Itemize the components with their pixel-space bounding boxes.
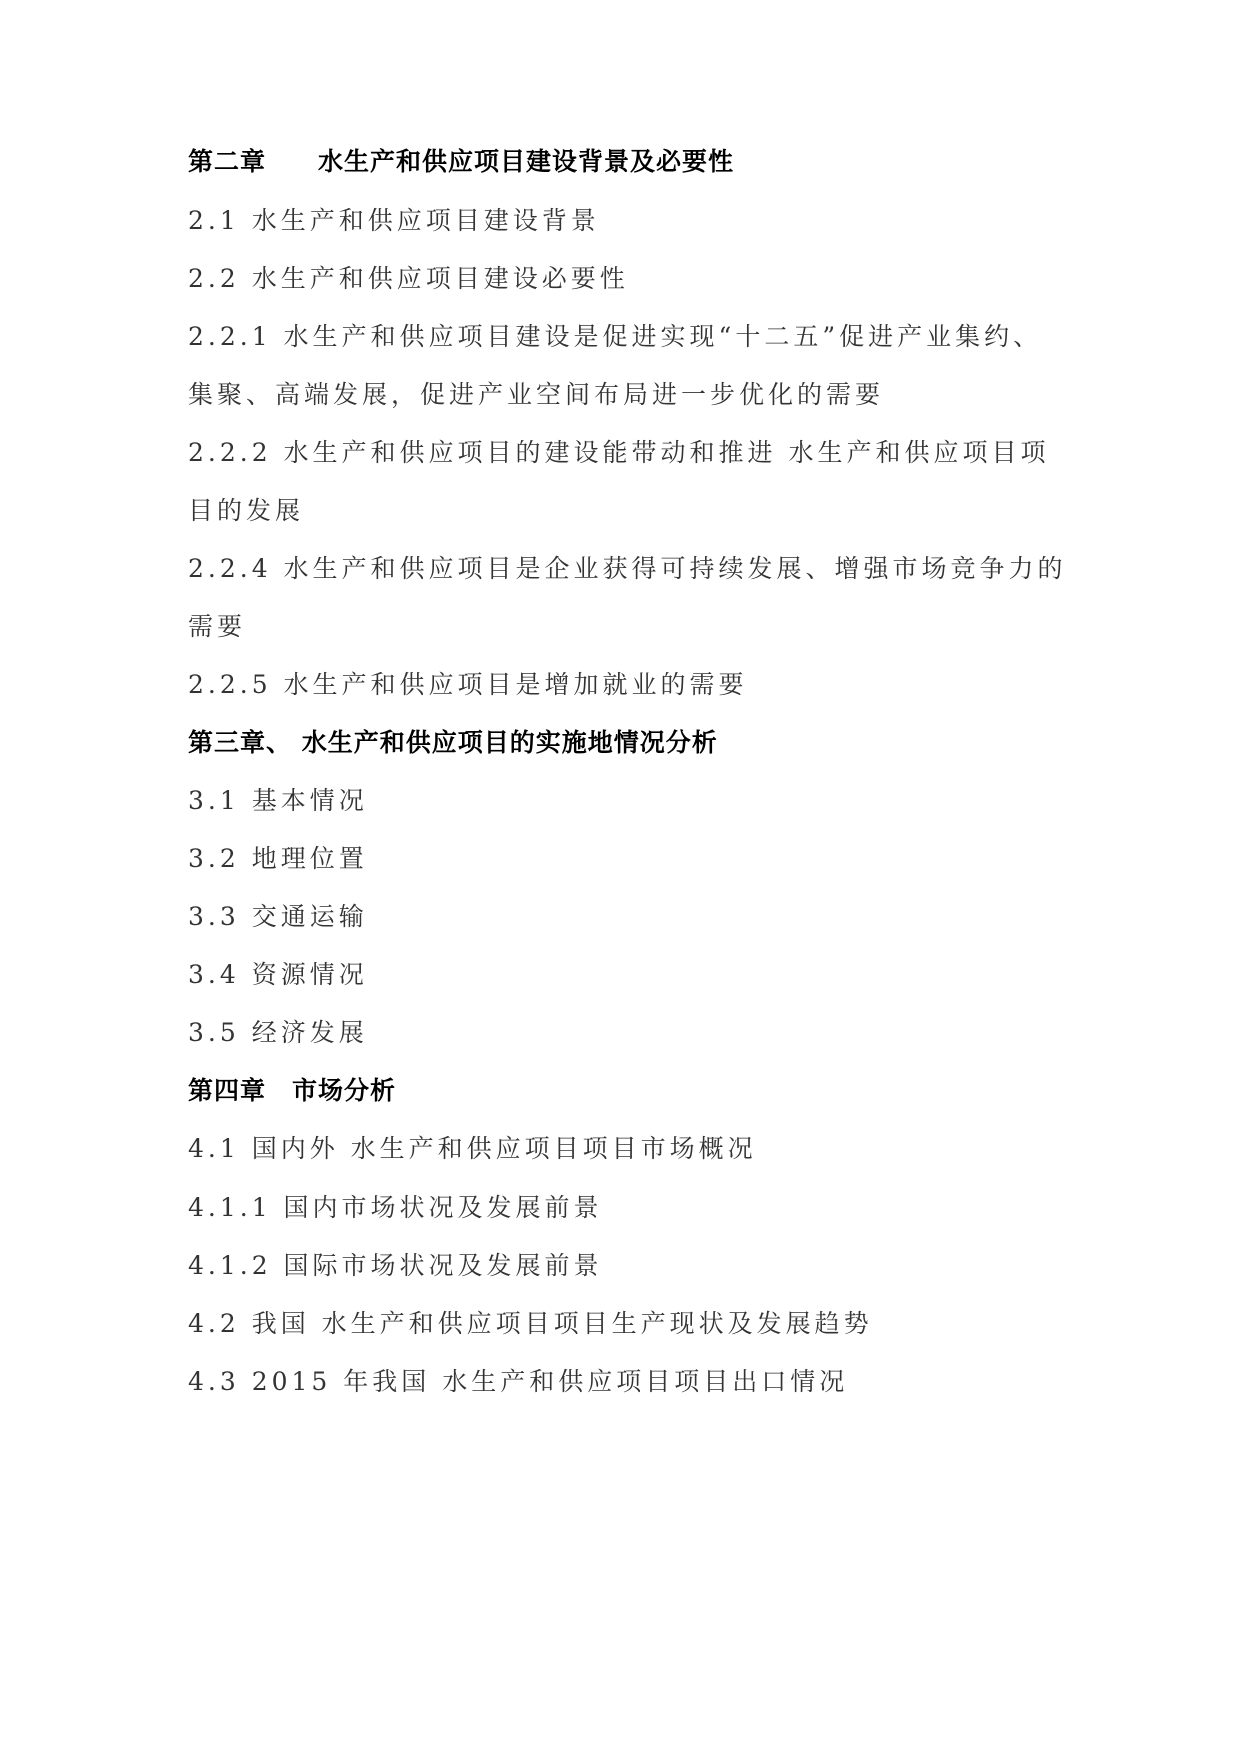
chapter-3-heading: 第三章、 水生产和供应项目的实施地情况分析 <box>188 728 718 758</box>
toc-line-4-3: 4.3 2015 年我国 水生产和供应项目项目出口情况 <box>188 1367 848 1397</box>
toc-line-3-3: 3.3 交通运输 <box>188 902 368 932</box>
toc-line-4-1-2: 4.1.2 国际市场状况及发展前景 <box>188 1251 603 1281</box>
toc-line-2-2-2: 2.2.2 水生产和供应项目的建设能带动和推进 水生产和供应项目项 <box>188 438 1050 468</box>
toc-line-3-1: 3.1 基本情况 <box>188 786 368 816</box>
toc-line-2-2-5: 2.2.5 水生产和供应项目是增加就业的需要 <box>188 670 748 700</box>
toc-line-3-5: 3.5 经济发展 <box>188 1018 368 1048</box>
toc-line-2-2-1: 2.2.1 水生产和供应项目建设是促进实现“十二五”促进产业集约、 <box>188 322 1042 352</box>
toc-line-3-4: 3.4 资源情况 <box>188 960 368 990</box>
toc-line-3-2: 3.2 地理位置 <box>188 844 368 874</box>
toc-line-4-1-1: 4.1.1 国内市场状况及发展前景 <box>188 1193 603 1223</box>
toc-line-4-1: 4.1 国内外 水生产和供应项目项目市场概况 <box>188 1134 757 1164</box>
toc-line-2-2-4: 2.2.4 水生产和供应项目是企业获得可持续发展、增强市场竞争力的 <box>188 554 1067 584</box>
toc-line-2-2-2-cont: 目的发展 <box>188 496 304 526</box>
toc-line-2-2-4-cont: 需要 <box>188 612 246 642</box>
chapter-2-heading: 第二章 水生产和供应项目建设背景及必要性 <box>188 147 734 177</box>
toc-line-2-1: 2.1 水生产和供应项目建设背景 <box>188 206 600 236</box>
toc-line-2-2-1-cont: 集聚、高端发展，促进产业空间布局进一步优化的需要 <box>188 380 884 410</box>
toc-line-2-2: 2.2 水生产和供应项目建设必要性 <box>188 264 629 294</box>
document-page: 第二章 水生产和供应项目建设背景及必要性 2.1 水生产和供应项目建设背景 2.… <box>0 0 1241 1754</box>
chapter-4-heading: 第四章 市场分析 <box>188 1076 396 1106</box>
toc-line-4-2: 4.2 我国 水生产和供应项目项目生产现状及发展趋势 <box>188 1309 873 1339</box>
